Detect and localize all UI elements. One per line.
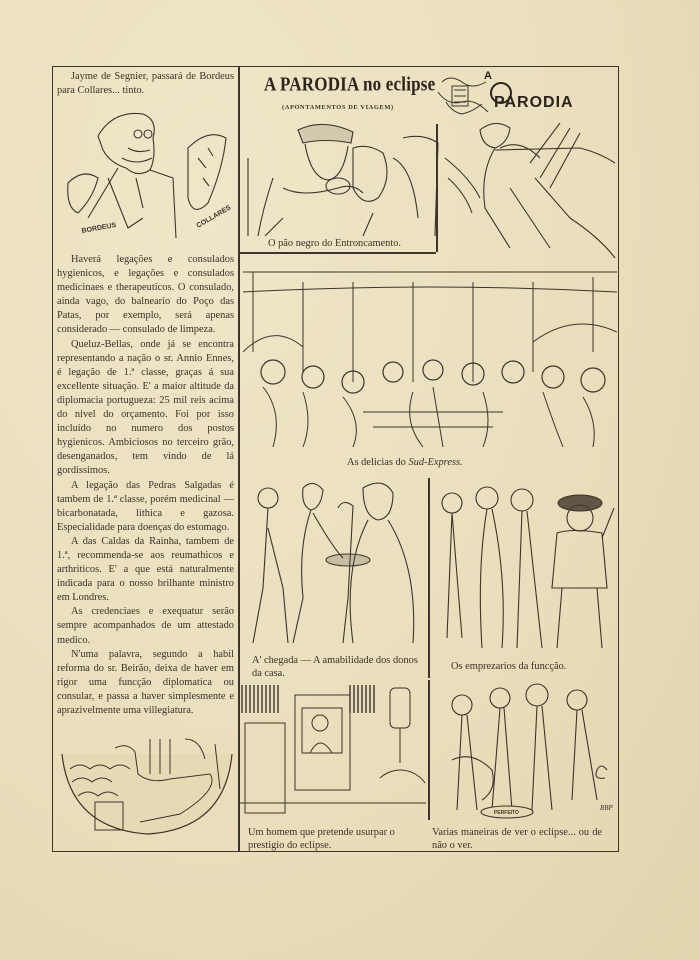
parodia-logo: A PARODIA — [432, 72, 622, 122]
bordeus-label: BORDEUS — [81, 222, 117, 235]
paragraph: Haverá legações e consulados hygienicos,… — [57, 253, 234, 338]
panel-dining-car-illustration — [243, 252, 617, 452]
panel-eclipse-viewers-illustration: PERFEITO RBP — [432, 670, 618, 820]
portrait-caricature: BORDEUS COLLARES — [58, 108, 236, 246]
left-column: Jayme de Segnier, passará de Bordeus par… — [57, 70, 234, 98]
logo-wordmark: PARODIA — [494, 94, 574, 112]
paragraph: A das Caldas da Rainha, tambem de 1.ª, r… — [57, 535, 234, 605]
panel-angel-illustration — [440, 118, 618, 258]
paragraph: A legação das Pedras Salgadas é tambem d… — [57, 479, 234, 535]
logo-prefix: A — [484, 70, 493, 82]
coat-of-arms-icon — [432, 72, 492, 120]
panel-arrival-illustration — [243, 478, 426, 648]
panel-border — [436, 124, 438, 252]
page-subtitle: (APONTAMENTOS DE VIAGEM) — [282, 104, 394, 111]
artist-signature: RBP — [599, 804, 614, 812]
caption-arrival: A' chegada — A amabilidade dos donos da … — [252, 654, 420, 680]
panel-border — [428, 680, 430, 820]
caption-dining-italic: Sud-Express. — [408, 457, 462, 468]
caption-dining-car: As delicias do Sud-Express. — [347, 456, 463, 469]
panel-impresarios-illustration — [432, 478, 618, 658]
caption-bread: O pão negro do Entroncamento. — [268, 237, 401, 250]
paragraph: As credenciaes e exequatur serão sempre … — [57, 605, 234, 647]
article-body: Haverá legações e consulados hygienicos,… — [57, 253, 234, 718]
train-vignette — [60, 734, 235, 839]
basin-label: PERFEITO — [494, 810, 519, 816]
caption-eclipse-viewers: Varias maneiras de ver o eclipse... ou d… — [432, 826, 602, 852]
intro-text: Jayme de Segnier, passará de Bordeus par… — [57, 70, 234, 98]
caption-dining-prefix: As delicias do — [347, 457, 408, 468]
panel-carriage-illustration — [240, 683, 426, 819]
paragraph: N'uma palavra, segundo a habil reforma d… — [57, 648, 234, 718]
paragraph: Queluz-Bellas, onde já se encontra repre… — [57, 338, 234, 479]
caption-carriage: Um homem que pretende usurpar o prestigi… — [248, 826, 428, 852]
panel-border — [428, 478, 430, 678]
page-title: A PARODIA no eclipse — [264, 73, 435, 96]
panel-bread-illustration — [243, 118, 443, 236]
